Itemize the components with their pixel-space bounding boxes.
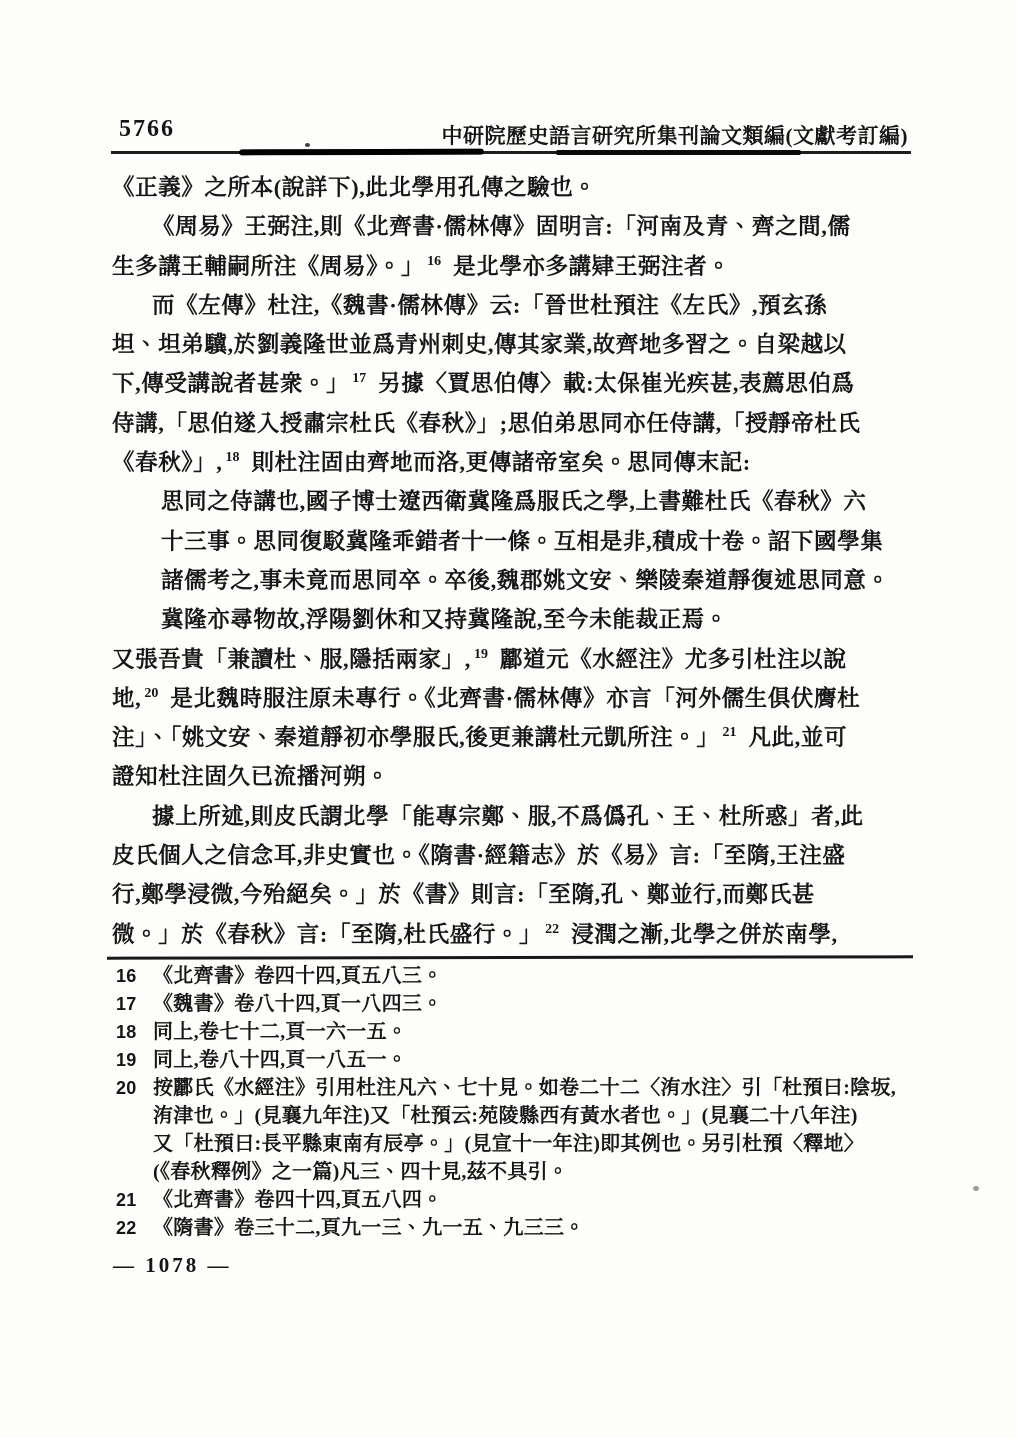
scan-smudge [556, 150, 801, 155]
line-text: 《春秋》」, [112, 450, 222, 475]
scan-smudge [239, 149, 484, 156]
footnote-item: 21《北齊書》卷四十四,頁五八四。 [116, 1186, 912, 1214]
footnote-number: 22 [116, 1214, 153, 1242]
journal-title: 中研院歷史語言研究所集刊論文類編(文獻考訂編) [442, 120, 909, 150]
footnote-line: 《魏書》卷八十四,頁一八四三。 [153, 990, 912, 1018]
footnote-line: 同上,卷八十四,頁一八五一。 [153, 1046, 912, 1074]
scan-speck [305, 143, 310, 147]
line-text: 是北魏時服注原未專行。《北齊書·儒林傳》亦言「河外儒生俱伏膺杜 [170, 686, 860, 711]
footnote-text: 同上,卷七十二,頁一六一五。 [153, 1018, 912, 1046]
body-line: 行,鄭學浸微,今殆絕矣。」於《書》則言:「至隋,孔、鄭並行,而鄭氏甚 [112, 875, 912, 914]
footnote-text: 《北齊書》卷四十四,頁五八三。 [153, 962, 912, 990]
line-text: 是北學亦多講肄王弼注者。 [453, 254, 730, 279]
footnote-line: 《隋書》卷三十二,頁九一三、九一五、九三三。 [153, 1214, 912, 1242]
footnote-line: 按酈氏《水經注》引用杜注凡六、七十見。如卷二十二〈洧水注〉引「杜預曰:陰坂, [153, 1074, 912, 1102]
line-text: 下,傳受講說者甚衆。」 [112, 371, 349, 396]
body-line: 生多講王輔嗣所注《周易》。」16是北學亦多講肄王弼注者。 [112, 247, 912, 286]
body-line: 《春秋》」,18則杜注固由齊地而洛,更傳諸帝室矣。思同傳末記: [112, 443, 912, 482]
body-line: 《周易》王弼注,則《北齊書·儒林傳》固明言:「河南及青、齊之間,儒 [112, 207, 912, 246]
line-text: 凡此,並可 [748, 725, 847, 750]
line-text: 注」、「姚文安、秦道靜初亦學服氏,後更兼講杜元凱所注。」 [112, 725, 719, 750]
page-code: 5766 [119, 116, 175, 143]
line-text: 酈道元《水經注》尤多引杜注以說 [500, 647, 847, 672]
line-text: 《周易》王弼注,則《北齊書·儒林傳》固明言:「河南及青、齊之間,儒 [152, 214, 851, 239]
footnote-rule [107, 955, 913, 959]
body-line: 侍講,「思伯遂入授肅宗杜氏《春秋》」;思伯弟思同亦任侍講,「授靜帝杜氏 [112, 404, 912, 443]
article-body: 《正義》之所本(說詳下),此北學用孔傳之驗也。《周易》王弼注,則《北齊書·儒林傳… [112, 168, 912, 954]
footnote-number: 16 [116, 962, 153, 990]
body-line: 皮氏個人之信念耳,非史實也。《隋書·經籍志》於《易》言:「至隋,王注盛 [112, 836, 912, 875]
footnote-line: 《北齊書》卷四十四,頁五八四。 [153, 1186, 912, 1214]
footnote-line: 又「杜預曰:長平縣東南有辰亭。」(見宣十一年注)即其例也。另引杜預〈釋地〉 [153, 1130, 912, 1158]
body-line: 微。」於《春秋》言:「至隋,杜氏盛行。」22浸潤之漸,北學之併於南學, [112, 915, 912, 954]
line-text: 坦、坦弟驥,於劉義隆世並爲青州刺史,傳其家業,故齊地多習之。自梁越以 [112, 332, 847, 357]
footnote-item: 18同上,卷七十二,頁一六一五。 [116, 1018, 912, 1046]
line-text: 據上所述,則皮氏謂北學「能專宗鄭、服,不爲僞孔、王、杜所惑」者,此 [152, 804, 864, 829]
scan-speck [973, 1186, 979, 1191]
footnotes: 16《北齊書》卷四十四,頁五八三。17《魏書》卷八十四,頁一八四三。18同上,卷… [116, 962, 912, 1242]
footnote-item: 16《北齊書》卷四十四,頁五八三。 [116, 962, 912, 990]
body-line: 下,傳受講說者甚衆。」17另據〈賈思伯傳〉載:太保崔光疾甚,表薦思伯爲 [112, 364, 912, 403]
footnote-item: 19同上,卷八十四,頁一八五一。 [116, 1046, 912, 1074]
line-text: 而《左傳》杜注,《魏書·儒林傳》云:「晉世杜預注《左氏》,預玄孫 [152, 293, 827, 318]
line-text: 浸潤之漸,北學之併於南學, [571, 922, 838, 947]
line-text: 皮氏個人之信念耳,非史實也。《隋書·經籍志》於《易》言:「至隋,王注盛 [112, 843, 846, 868]
line-text: 微。」於《春秋》言:「至隋,杜氏盛行。」 [112, 922, 542, 947]
line-text: 則杜注固由齊地而洛,更傳諸帝室矣。思同傳末記: [251, 450, 750, 475]
body-line: 證知杜注固久已流播河朔。 [112, 757, 912, 796]
footnote-text: 《隋書》卷三十二,頁九一三、九一五、九三三。 [153, 1214, 912, 1242]
footnote-item: 22《隋書》卷三十二,頁九一三、九一五、九三三。 [116, 1214, 912, 1242]
footnote-line: (《春秋釋例》之一篇)凡三、四十見,茲不具引。 [153, 1158, 912, 1186]
footnote-number: 18 [116, 1018, 153, 1046]
footnote-line: 同上,卷七十二,頁一六一五。 [153, 1018, 912, 1046]
footnote-line: 洧津也。」(見襄九年注)又「杜預云:苑陵縣西有黃水者也。」(見襄二十八年注) [153, 1102, 912, 1130]
body-line: 據上所述,則皮氏謂北學「能專宗鄭、服,不爲僞孔、王、杜所惑」者,此 [112, 797, 912, 836]
footnote-number: 21 [116, 1186, 153, 1214]
line-text: 地, [112, 686, 141, 711]
blockquote-line: 思同之侍講也,國子博士遼西衛冀隆爲服氏之學,上書難杜氏《春秋》六 [112, 482, 912, 521]
footnote-text: 按酈氏《水經注》引用杜注凡六、七十見。如卷二十二〈洧水注〉引「杜預曰:陰坂,洧津… [153, 1074, 912, 1186]
line-text: 十三事。思同復駁冀隆乖錯者十一條。互相是非,積成十卷。詔下國學集 [161, 529, 883, 554]
line-text: 另據〈賈思伯傳〉載:太保崔光疾甚,表薦思伯爲 [378, 371, 854, 396]
footnote-number: 17 [116, 990, 153, 1018]
body-line: 《正義》之所本(說詳下),此北學用孔傳之驗也。 [112, 168, 912, 207]
line-text: 又張吾貴「兼讀杜、服,隱括兩家」, [112, 647, 471, 672]
line-text: 行,鄭學浸微,今殆絕矣。」於《書》則言:「至隋,孔、鄭並行,而鄭氏甚 [112, 882, 815, 907]
body-line: 坦、坦弟驥,於劉義隆世並爲青州刺史,傳其家業,故齊地多習之。自梁越以 [112, 325, 912, 364]
scanned-page: 5766 中研院歷史語言研究所集刊論文類編(文獻考訂編) 《正義》之所本(說詳下… [0, 0, 1016, 1438]
footnote-number: 19 [116, 1046, 153, 1074]
line-text: 生多講王輔嗣所注《周易》。」 [112, 254, 424, 279]
line-text: 冀隆亦尋物故,浮陽劉休和又持冀隆說,至今未能裁正焉。 [161, 607, 728, 632]
line-text: 《正義》之所本(說詳下),此北學用孔傳之驗也。 [112, 175, 596, 200]
line-text: 思同之侍講也,國子博士遼西衛冀隆爲服氏之學,上書難杜氏《春秋》六 [161, 489, 866, 514]
footnote-item: 17《魏書》卷八十四,頁一八四三。 [116, 990, 912, 1018]
footnote-line: 《北齊書》卷四十四,頁五八三。 [153, 962, 912, 990]
blockquote-line: 冀隆亦尋物故,浮陽劉休和又持冀隆說,至今未能裁正焉。 [112, 600, 912, 639]
footnote-number: 20 [116, 1074, 153, 1186]
blockquote-line: 十三事。思同復駁冀隆乖錯者十一條。互相是非,積成十卷。詔下國學集 [112, 522, 912, 561]
footnote-text: 同上,卷八十四,頁一八五一。 [153, 1046, 912, 1074]
line-text: 證知杜注固久已流播河朔。 [112, 764, 389, 789]
footnote-item: 20按酈氏《水經注》引用杜注凡六、七十見。如卷二十二〈洧水注〉引「杜預曰:陰坂,… [116, 1074, 912, 1186]
blockquote-line: 諸儒考之,事未竟而思同卒。卒後,魏郡姚文安、樂陵秦道靜復述思同意。 [112, 561, 912, 600]
line-text: 諸儒考之,事未竟而思同卒。卒後,魏郡姚文安、樂陵秦道靜復述思同意。 [161, 568, 890, 593]
page-number: — 1078 — [113, 1253, 232, 1278]
footnote-text: 《北齊書》卷四十四,頁五八四。 [153, 1186, 912, 1214]
footnote-text: 《魏書》卷八十四,頁一八四三。 [153, 990, 912, 1018]
line-text: 侍講,「思伯遂入授肅宗杜氏《春秋》」;思伯弟思同亦任侍講,「授靜帝杜氏 [112, 411, 861, 436]
body-line: 又張吾貴「兼讀杜、服,隱括兩家」,19酈道元《水經注》尤多引杜注以說 [112, 640, 912, 679]
body-line: 地,20是北魏時服注原未專行。《北齊書·儒林傳》亦言「河外儒生俱伏膺杜 [112, 679, 912, 718]
header-rule [111, 151, 911, 154]
body-line: 注」、「姚文安、秦道靜初亦學服氏,後更兼講杜元凱所注。」21凡此,並可 [112, 718, 912, 757]
body-line: 而《左傳》杜注,《魏書·儒林傳》云:「晉世杜預注《左氏》,預玄孫 [112, 286, 912, 325]
